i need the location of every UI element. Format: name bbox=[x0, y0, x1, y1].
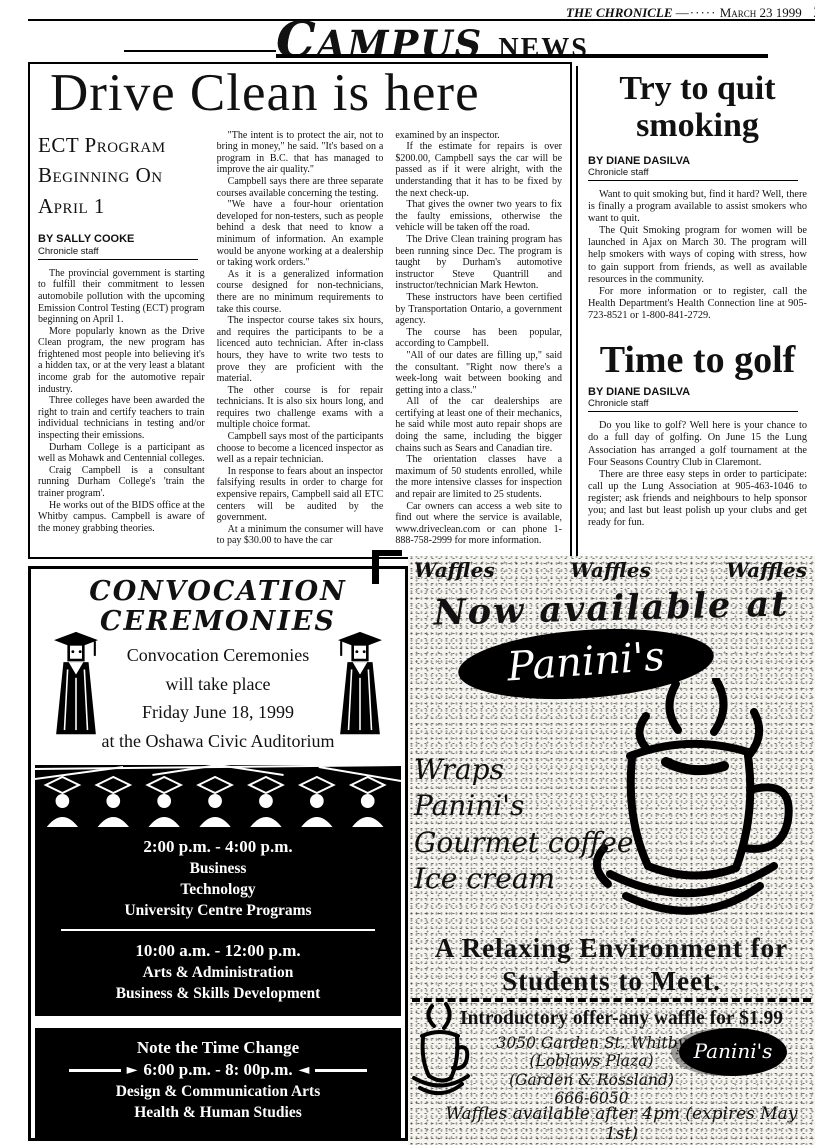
quit-smoking-headline: Try to quit smoking bbox=[588, 70, 807, 145]
graduates-illustration bbox=[35, 765, 401, 827]
session-2-programs: Arts & AdministrationBusiness & Skills D… bbox=[35, 964, 401, 1003]
availability-line: Waffles available after 4pm (expires May… bbox=[428, 1104, 815, 1144]
arrow-left-icon: ◄ bbox=[299, 1063, 310, 1077]
tagline-line: Students to Meet. bbox=[408, 965, 815, 998]
text-line: These instructors have been certified by… bbox=[395, 292, 562, 327]
text-line: There are three easy steps in order to p… bbox=[588, 469, 807, 530]
text-line: If the estimate for repairs is over $200… bbox=[395, 141, 562, 199]
schedule-block-2: Note the Time Change ► 6:00 p.m. - 8: 00… bbox=[35, 1028, 401, 1139]
headline-line: smoking bbox=[588, 107, 807, 144]
column-text: examined by an inspector.If the estimate… bbox=[395, 130, 562, 547]
arrow-shaft bbox=[69, 1069, 121, 1072]
text-line: "We have a four-hour orientation develop… bbox=[217, 199, 384, 269]
text-line: The Drive Clean training program has bee… bbox=[395, 234, 562, 292]
byline-org: Chronicle staff bbox=[38, 246, 198, 260]
article-column-2: "The intent is to protect the air, not t… bbox=[217, 130, 384, 547]
text-line: The provincial government is starting to… bbox=[38, 268, 205, 326]
text-line: Health & Human Studies bbox=[35, 1104, 401, 1122]
waffles-banner: Waffles Waffles Waffles bbox=[408, 556, 815, 582]
byline-org: Chronicle staff bbox=[588, 398, 798, 412]
column-text: The provincial government is starting to… bbox=[38, 268, 205, 535]
byline-org: Chronicle staff bbox=[588, 167, 798, 181]
text-line: Campbell says most of the participants c… bbox=[217, 431, 384, 466]
text-line: That gives the owner two years to fix th… bbox=[395, 199, 562, 234]
byline-block: BY DIANE DASILVA Chronicle staff bbox=[588, 155, 807, 181]
text-line: In response to fears about an inspector … bbox=[217, 466, 384, 524]
schedule-block-1: 2:00 p.m. - 4:00 p.m. BusinessTechnology… bbox=[35, 765, 401, 1016]
text-line: The other course is for repair technicia… bbox=[217, 385, 384, 431]
intro-offer-line: Introductory offer-any waffle for $1.99 bbox=[460, 1008, 811, 1030]
text-line: The Quit Smoking program for women will … bbox=[588, 225, 807, 286]
text-line: At a minimum the consumer will have to p… bbox=[217, 524, 384, 547]
masthead-news: NEWS bbox=[498, 33, 588, 64]
text-line: Want to quit smoking but, find it hard? … bbox=[588, 189, 807, 225]
text-line: Technology bbox=[35, 881, 401, 899]
text-line: He works out of the BIDS office at the W… bbox=[38, 500, 205, 535]
masthead-campus: AMPUS bbox=[317, 22, 483, 66]
text-line: The course has been popular, according t… bbox=[395, 327, 562, 350]
text-line: Wraps bbox=[414, 752, 633, 788]
text-line: Business bbox=[35, 860, 401, 878]
byline-block: BY SALLY COOKE Chronicle staff bbox=[38, 233, 205, 260]
byline-author: BY DIANE DASILVA bbox=[588, 155, 807, 167]
article-headline: Drive Clean is here bbox=[38, 66, 562, 122]
arrow-right-icon: ► bbox=[127, 1063, 138, 1077]
waffles-word: Waffles bbox=[570, 558, 651, 582]
text-line: examined by an inspector. bbox=[395, 130, 562, 142]
section-masthead: CAMPUS NEWS bbox=[276, 10, 589, 69]
graduate-figure-icon bbox=[53, 627, 99, 737]
subhead-line: April 1 bbox=[38, 191, 205, 221]
session-1-programs: BusinessTechnologyUniversity Centre Prog… bbox=[35, 860, 401, 920]
text-line: Panini's bbox=[414, 788, 633, 824]
waffles-word: Waffles bbox=[726, 558, 807, 582]
menu-list: WrapsPanini'sGourmet coffeeIce cream bbox=[414, 752, 633, 898]
session-3-time: 6:00 p.m. - 8: 00p.m. bbox=[143, 1060, 292, 1080]
golf-headline: Time to golf bbox=[588, 338, 807, 382]
article-drive-clean: Drive Clean is here ECT Program Beginnin… bbox=[28, 62, 572, 559]
article-column-3: examined by an inspector.If the estimate… bbox=[395, 130, 562, 547]
article-column-1: ECT Program Beginning On April 1 BY SALL… bbox=[38, 130, 205, 547]
golf-text: Do you like to golf? Well here is your c… bbox=[588, 420, 807, 529]
subhead-line: Beginning On bbox=[38, 160, 205, 190]
folio-separator: —····· bbox=[676, 5, 717, 20]
headline-line: Try to quit bbox=[588, 70, 807, 107]
convocation-ad: CONVOCATION CEREMONIES Convocation Ce bbox=[28, 566, 408, 1141]
quit-smoking-text: Want to quit smoking but, find it hard? … bbox=[588, 189, 807, 323]
text-line: "All of our dates are filling up," said … bbox=[395, 350, 562, 396]
text-line: Business & Skills Development bbox=[35, 985, 401, 1003]
text-line: Do you like to golf? Well here is your c… bbox=[588, 420, 807, 469]
time-change-note: Note the Time Change bbox=[35, 1038, 401, 1058]
paninis-corner-logo: Panini's bbox=[679, 1028, 787, 1076]
relaxing-tagline: A Relaxing Environment for Students to M… bbox=[408, 932, 815, 998]
article-columns: ECT Program Beginning On April 1 BY SALL… bbox=[38, 130, 562, 547]
waffles-word: Waffles bbox=[414, 558, 495, 582]
session-1-time: 2:00 p.m. - 4:00 p.m. bbox=[35, 837, 401, 857]
text-line: Campbell says there are three separate c… bbox=[217, 176, 384, 199]
tagline-line: A Relaxing Environment for bbox=[408, 932, 815, 965]
now-available-line: Now available at bbox=[408, 583, 815, 635]
title-line: CONVOCATION bbox=[31, 577, 405, 607]
text-line: For more information or to register, cal… bbox=[588, 286, 807, 322]
text-line: More popularly known as the Drive Clean … bbox=[38, 326, 205, 396]
text-line: Ice cream bbox=[414, 861, 633, 897]
graduate-figure-icon bbox=[337, 627, 383, 737]
session-3-programs: Design & Communication ArtsHealth & Huma… bbox=[35, 1083, 401, 1122]
panel-separator bbox=[61, 929, 375, 931]
byline-author: BY DIANE DASILVA bbox=[588, 386, 807, 398]
issue-date: March 23 1999 bbox=[720, 5, 802, 20]
masthead-rule-left bbox=[124, 50, 276, 52]
text-line: Design & Communication Arts bbox=[35, 1083, 401, 1101]
session-2-time: 10:00 a.m. - 12:00 p.m. bbox=[35, 941, 401, 961]
text-line: As it is a generalized information cours… bbox=[217, 269, 384, 315]
masthead-initial: C bbox=[276, 10, 317, 69]
byline-block: BY DIANE DASILVA Chronicle staff bbox=[588, 386, 807, 412]
schedule-panel: 2:00 p.m. - 4:00 p.m. BusinessTechnology… bbox=[35, 765, 401, 1126]
text-line: Car owners can access a web site to find… bbox=[395, 501, 562, 547]
text-line: Craig Campbell is a consultant running D… bbox=[38, 465, 205, 500]
paninis-ad: Waffles Waffles Waffles Now available at… bbox=[408, 556, 815, 1145]
text-line: All of the car dealerships are certifyin… bbox=[395, 396, 562, 454]
column-text: "The intent is to protect the air, not t… bbox=[217, 130, 384, 547]
subhead-line: ECT Program bbox=[38, 130, 205, 160]
right-rail: Try to quit smoking BY DIANE DASILVA Chr… bbox=[576, 66, 807, 560]
article-subhead: ECT Program Beginning On April 1 bbox=[38, 130, 205, 221]
newspaper-page: THE CHRONICLE —····· March 23 1999 7 CAM… bbox=[0, 0, 815, 1145]
masthead-underline bbox=[276, 54, 768, 58]
text-line: The orientation classes have a maximum o… bbox=[395, 454, 562, 500]
session-3-time-row: ► 6:00 p.m. - 8: 00p.m. ◄ bbox=[35, 1060, 401, 1080]
text-line: The inspector course takes six hours, an… bbox=[217, 315, 384, 385]
text-line: Durham College is a participant as well … bbox=[38, 442, 205, 465]
text-line: "The intent is to protect the air, not t… bbox=[217, 130, 384, 176]
arrow-shaft bbox=[315, 1069, 367, 1072]
text-line: University Centre Programs bbox=[35, 902, 401, 920]
byline-author: BY SALLY COOKE bbox=[38, 233, 205, 246]
text-line: Three colleges have been awarded the rig… bbox=[38, 395, 205, 441]
folio-line: THE CHRONICLE —····· March 23 1999 7 bbox=[566, 2, 811, 22]
text-line: Gourmet coffee bbox=[414, 825, 633, 861]
text-line: Arts & Administration bbox=[35, 964, 401, 982]
